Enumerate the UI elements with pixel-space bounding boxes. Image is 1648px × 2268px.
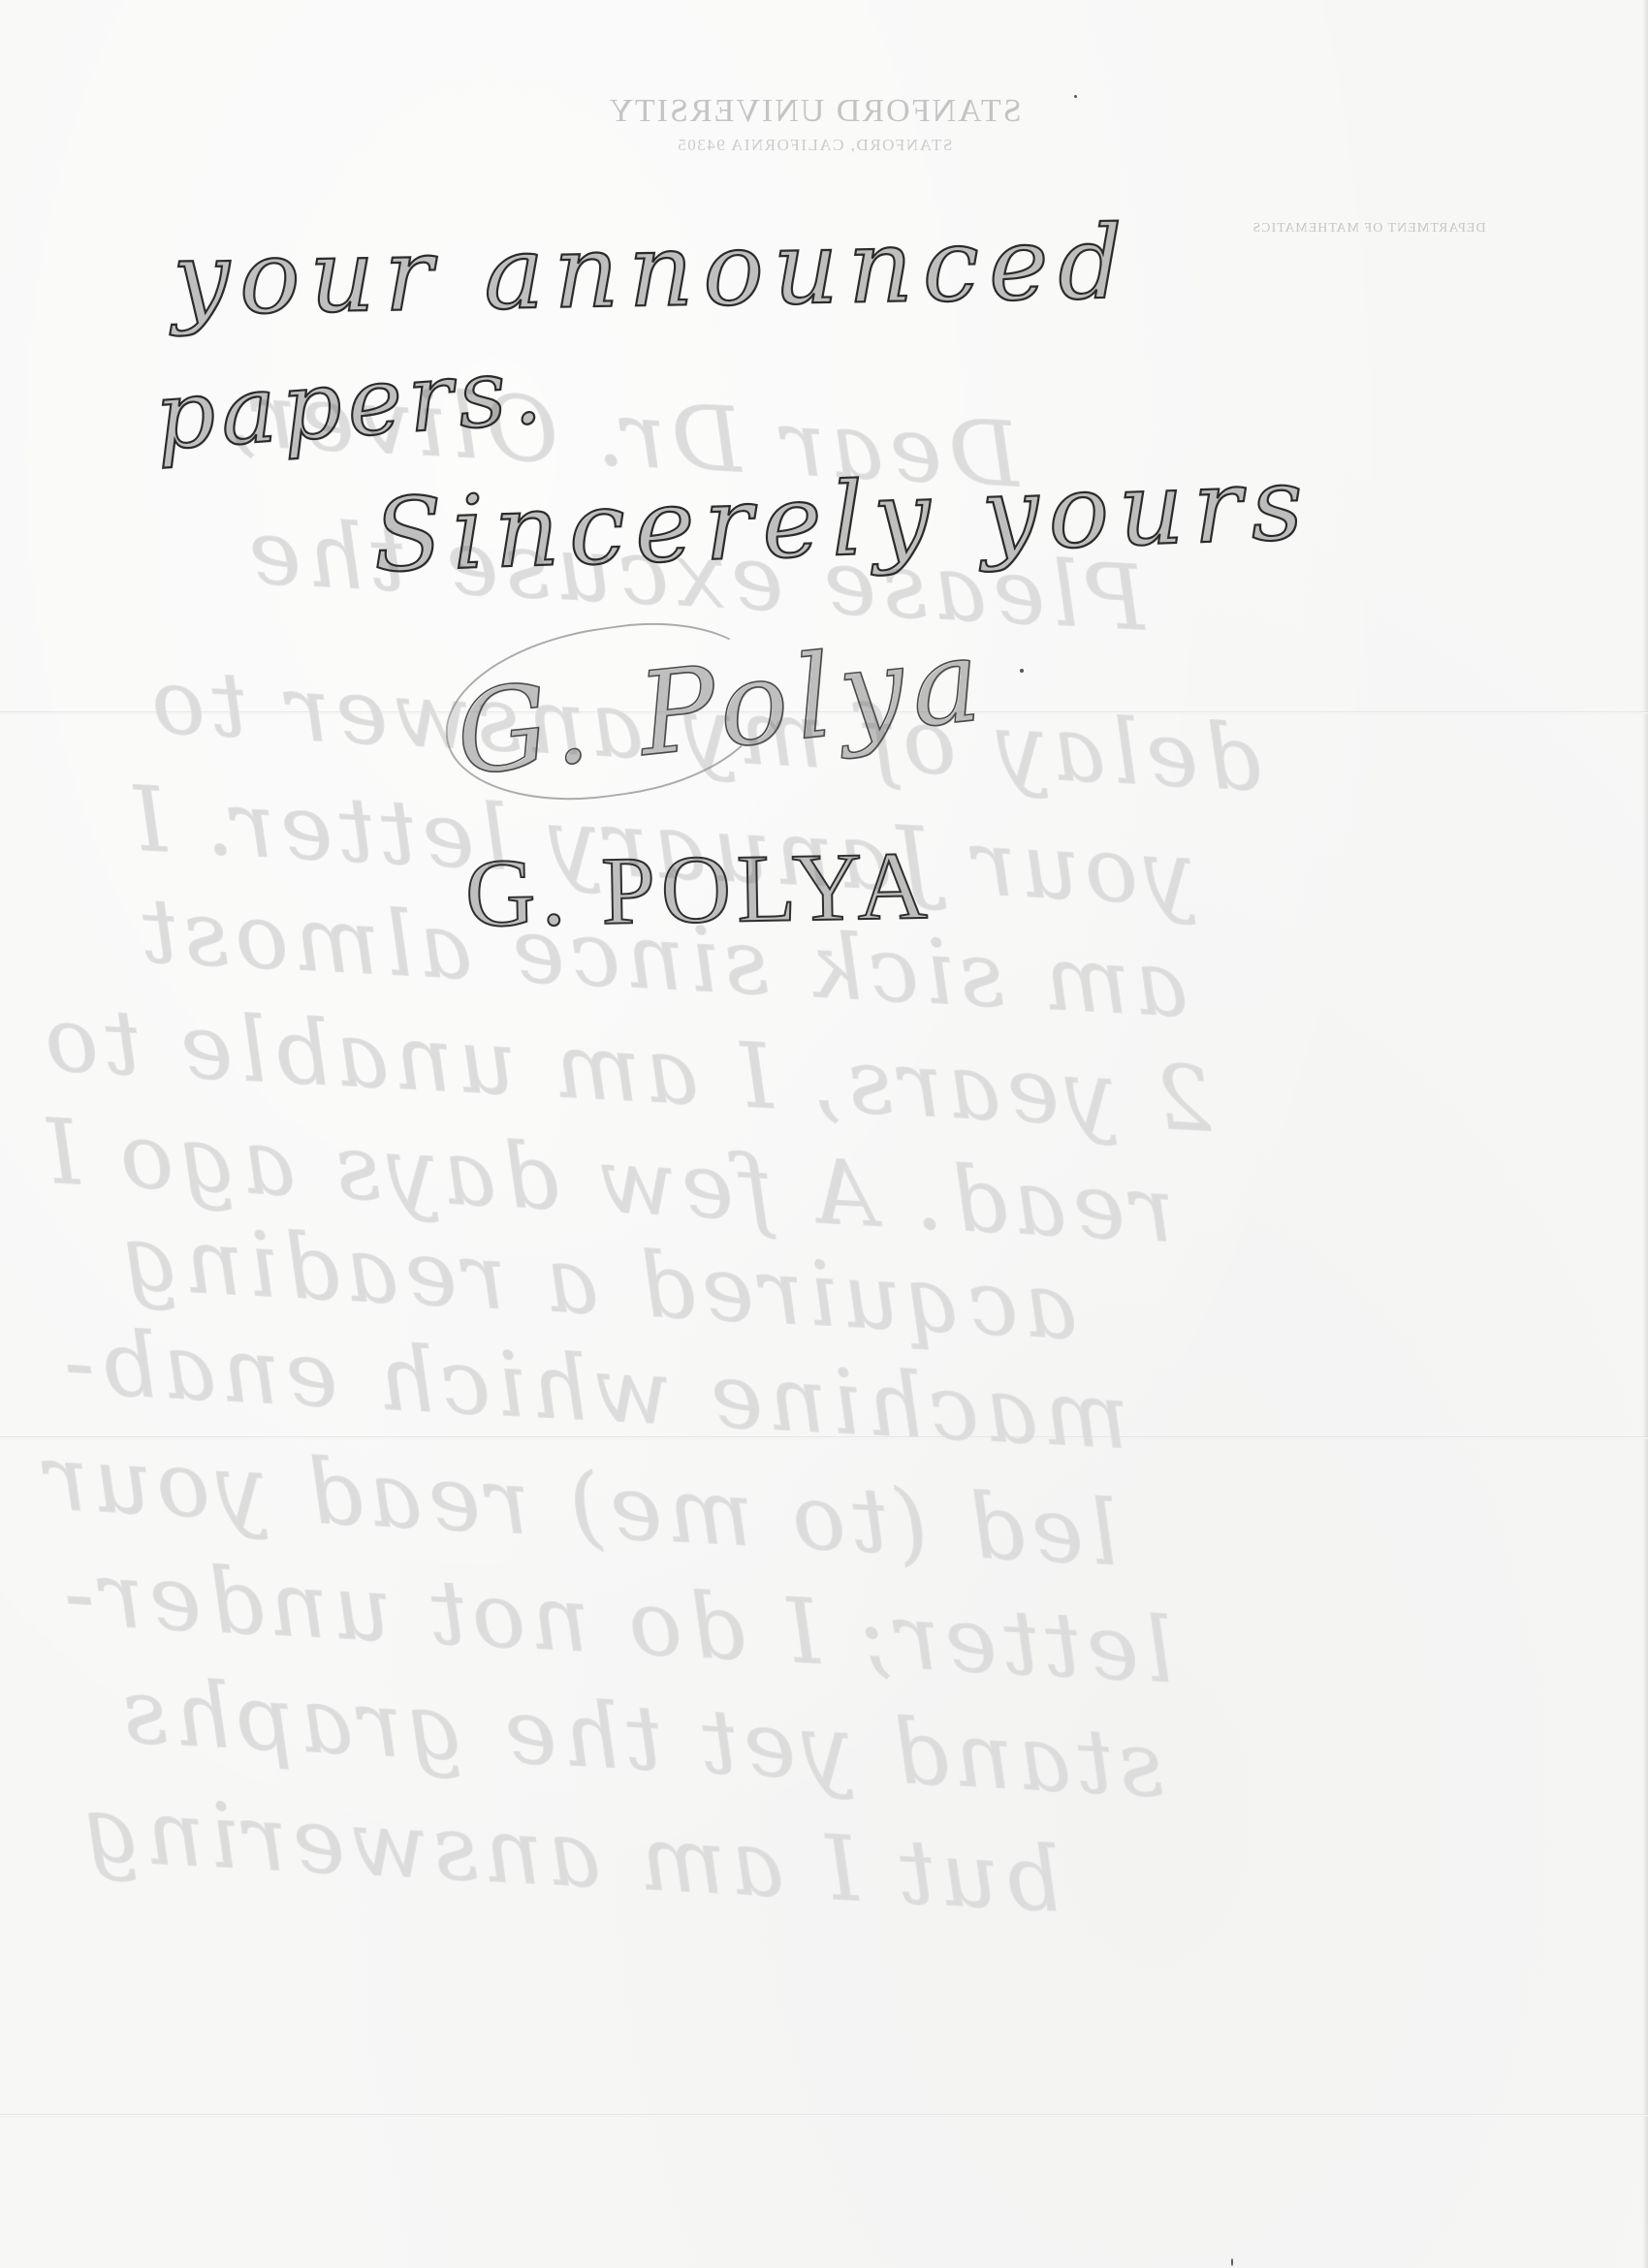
letterhead-address: STANFORD, CALIFORNIA 94305 <box>596 136 1032 155</box>
paper-speck <box>1074 95 1077 98</box>
letterhead-institution: STANFORD UNIVERSITY <box>557 93 1071 130</box>
page-edge-shadow <box>1642 0 1648 2268</box>
paper-speck <box>1231 2258 1233 2266</box>
fold-line <box>0 2114 1648 2117</box>
letterhead-department: DEPARTMENT OF MATHEMATICS <box>1194 221 1543 236</box>
paper-speck <box>1020 669 1024 673</box>
printed-name: G. POLYA <box>464 830 934 949</box>
letter-line-1: your announced <box>172 203 1133 337</box>
